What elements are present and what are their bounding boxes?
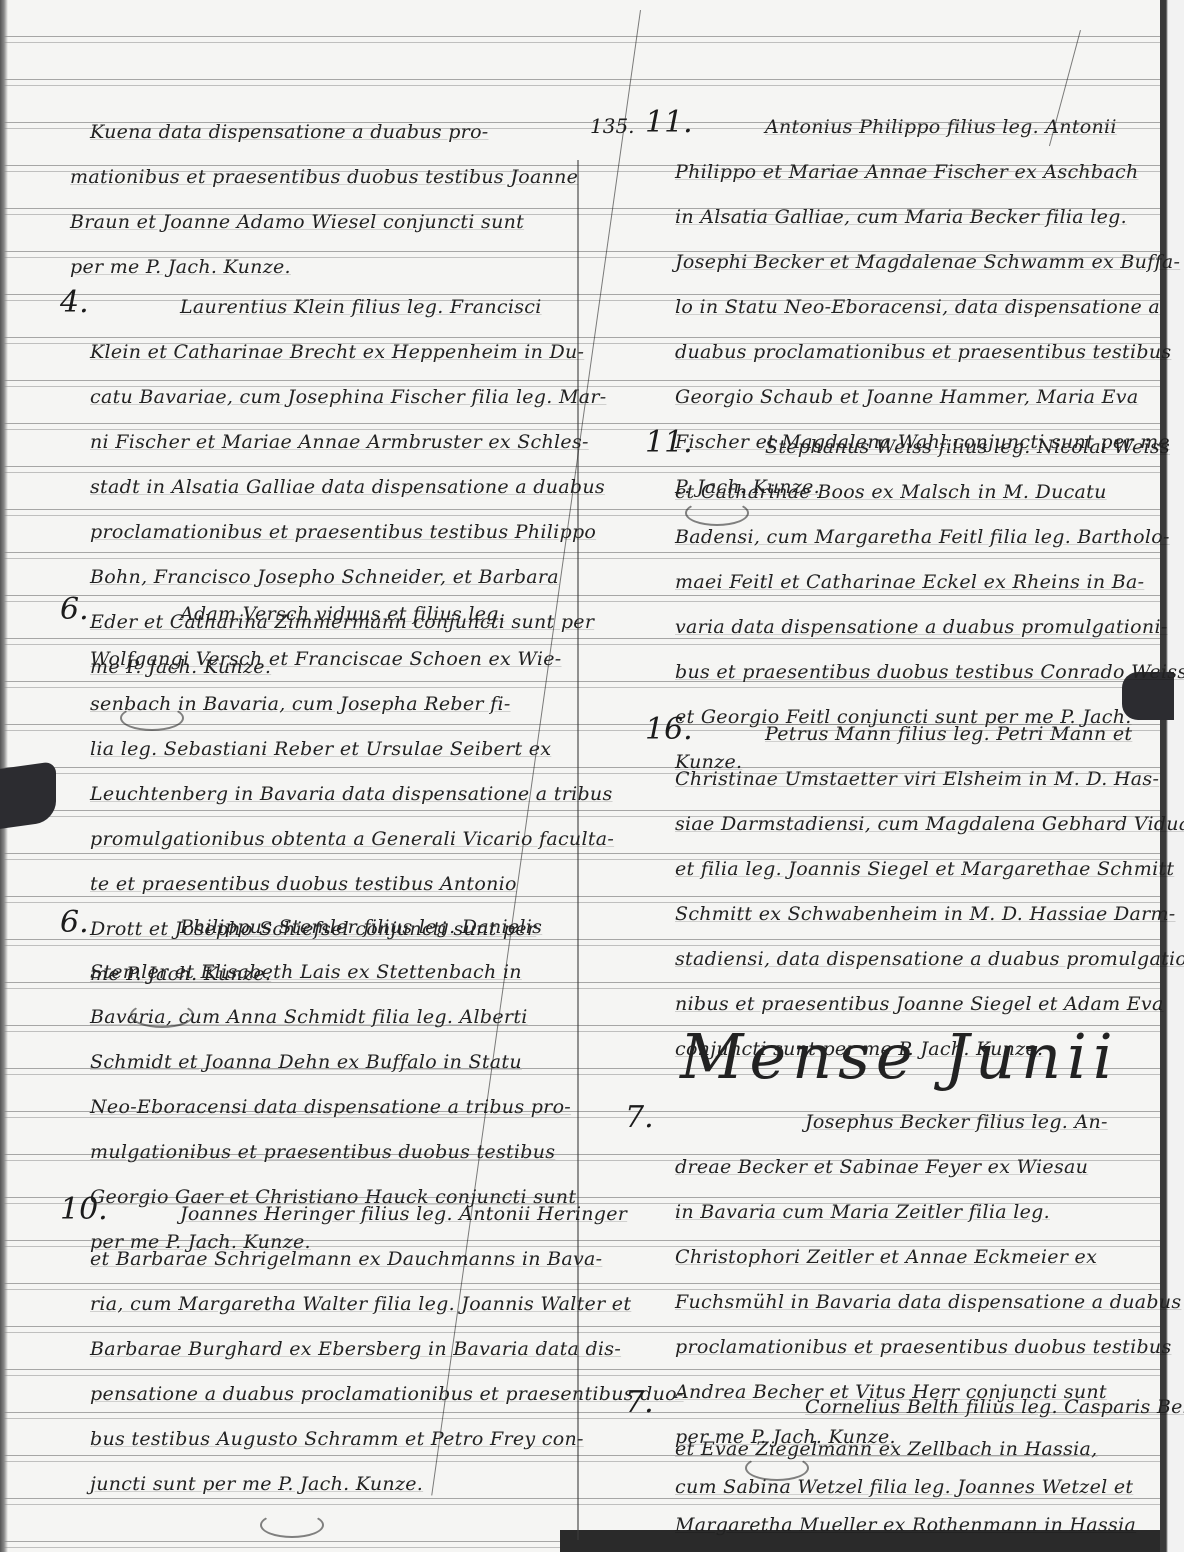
entry-line: Braun et Joanne Adamo Wiesel conjuncti s… [70,200,578,245]
entry-line: Petrus Mann filius leg. Petri Mann et [675,712,1184,757]
entry-line: varia data dispensatione a duabus promul… [675,605,1184,650]
entry-line: Laurentius Klein filius leg. Francisci [90,285,606,330]
entry-line: Bavaria, cum Anna Schmidt filia leg. Alb… [90,995,576,1040]
entry-line: Georgio Schaub et Joanne Hammer, Maria E… [675,375,1180,420]
entry-line: maei Feitl et Catharinae Eckel ex Rheins… [675,560,1184,605]
entry-line: Margaretha Mueller ex Rothenmann in Hass… [675,1506,1184,1544]
binding-tab-left [0,761,56,829]
entry-line: mulgationibus et praesentibus duobus tes… [90,1130,576,1175]
entry-line: Schmitt ex Schwabenheim in M. D. Hassiae… [675,892,1184,937]
entry-line: Christinae Umstaetter viri Elsheim in M.… [675,757,1184,802]
entry-line: dreae Becker et Sabinae Feyer ex Wiesau [675,1145,1181,1190]
entry-line: Kuena data dispensatione a duabus pro- [90,110,578,155]
folio-number: 135. [590,114,635,138]
entry-line: Philippo et Mariae Annae Fischer ex Asch… [675,150,1180,195]
entry-line: Wolfgangi Versch et Franciscae Schoen ex… [90,637,614,682]
entry-line: catu Bavariae, cum Josephina Fischer fil… [90,375,606,420]
entry-line: stadiensi, data dispensatione a duabus p… [675,937,1184,982]
entry-line: et Catharinae Boos ex Malsch in M. Ducat… [675,470,1184,515]
entry-line: Neo-Eboracensi data dispensatione a trib… [90,1085,576,1130]
entry-line: Josephus Becker filius leg. An- [675,1100,1181,1145]
entry-line: Christophori Zeitler et Annae Eckmeier e… [675,1235,1181,1280]
entry-line: Schmidt et Joanna Dehn ex Buffalo in Sta… [90,1040,576,1085]
entry-line: Barbarae Burghard ex Ebersberg in Bavari… [90,1327,684,1372]
month-heading: Mense Junii [680,1020,1119,1093]
signature-flourish [260,1512,324,1538]
entry-line: et Evae Ziegelmann ex Zellbach in Hassia… [675,1430,1184,1468]
entry-line: Fuchsmühl in Bavaria data dispensatione … [675,1280,1181,1325]
entry-day: 4. [60,285,89,320]
entry-day: 6. [60,905,89,940]
register-page: 135. Kuena data dispensatione a duabus p… [0,0,1184,1552]
entry-line: bus et praesentibus duobus testibus Conr… [675,650,1184,695]
entry-line: in Bavaria cum Maria Zeitler filia leg. [675,1190,1181,1235]
entry-line: mationibus et praesentibus duobus testib… [70,155,578,200]
entry-day: 7. [625,1385,654,1420]
entry-day: 6. [60,592,89,627]
entry-line: senbach in Bavaria, cum Josepha Reber fi… [90,682,614,727]
entry-line: lo in Statu Neo-Eboracensi, data dispens… [675,285,1180,330]
entry-line: juncti sunt per me P. Jach. Kunze. [90,1462,684,1507]
entry-line: ni Fischer et Mariae Annae Armbruster ex… [90,420,606,465]
entry-line: siae Darmstadiensi, cum Magdalena Gebhar… [675,802,1184,847]
entry-day: 7. [625,1100,654,1135]
entry-line: cum Sabina Wetzel filia leg. Joannes Wet… [675,1468,1184,1506]
entry-line: et filia leg. Joannis Siegel et Margaret… [675,847,1184,892]
entry-line: proclamationibus et praesentibus duobus … [675,1325,1181,1370]
entry-line: te et praesentibus duobus testibus Anton… [90,862,614,907]
entry-line: Joannes Heringer filius leg. Antonii Her… [90,1192,684,1237]
entry-line: Stephanus Weiss filius leg. Nicolai Weis… [675,425,1184,470]
entry-line: stadt in Alsatia Galliae data dispensati… [90,465,606,510]
entry-line: Leuchtenberg in Bavaria data dispensatio… [90,772,614,817]
entry-line: Stemler et Elisabeth Lais ex Stettenbach… [90,950,576,995]
entry-line: Klein et Catharinae Brecht ex Heppenheim… [90,330,606,375]
entry-line: pensatione a duabus proclamationibus et … [90,1372,684,1417]
entry-line: lia leg. Sebastiani Reber et Ursulae Sei… [90,727,614,772]
entry-line: duabus proclamationibus et praesentibus … [675,330,1180,375]
entry-line: per me P. Jach. Kunze. [70,245,578,290]
entry-line: proclamationibus et praesentibus testibu… [90,510,606,555]
entry-line: Badensi, cum Margaretha Feitl filia leg.… [675,515,1184,560]
entry-line: Philippus Stemler filius leg. Danielis [90,905,576,950]
entry-line: bus testibus Augusto Schramm et Petro Fr… [90,1417,684,1462]
entry-line: Antonius Philippo filius leg. Antonii [675,105,1180,150]
entry-line: Josephi Becker et Magdalenae Schwamm ex … [675,240,1180,285]
entry-line: promulgationibus obtenta a Generali Vica… [90,817,614,862]
entry-line: ria, cum Margaretha Walter filia leg. Jo… [90,1282,684,1327]
entry-line: et Barbarae Schrigelmann ex Dauchmanns i… [90,1237,684,1282]
entry-line: Cornelius Belth filius leg. Casparis Bel… [675,1385,1184,1430]
entry-line: in Alsatia Galliae, cum Maria Becker fil… [675,195,1180,240]
entry-line: Adam Versch viduus et filius leg. [90,592,614,637]
